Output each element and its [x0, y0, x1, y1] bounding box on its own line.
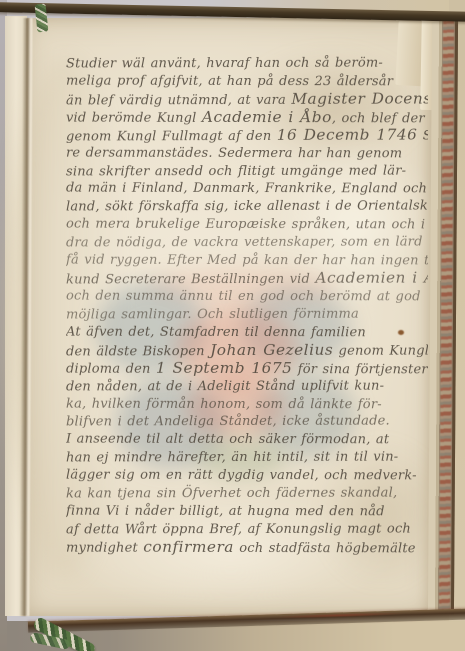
book-photo: Studier wäl använt, hvaraf han och så be…	[0, 0, 465, 651]
manuscript-line: än blef värdig utnämnd, at vara Magister…	[66, 90, 428, 109]
manuscript-line: finna Vi i nåder billigt, at hugna med d…	[66, 503, 428, 522]
manuscript-line: sina skrifter ansedd och flitigt umgänge…	[66, 162, 428, 181]
manuscript-line: diploma den 1 Septemb 1675 för sina fört…	[66, 359, 428, 378]
manuscript-line: myndighet confirmera och stadfästa högbe…	[66, 539, 428, 557]
manuscript-line: land, sökt förskaffa sig, icke allenast …	[66, 198, 428, 217]
manuscript-line: få vid ryggen. Efter Med på kan der har …	[66, 252, 428, 271]
manuscript-line: genom Kungl Fullmagt af den 16 Decemb 17…	[66, 126, 428, 145]
manuscript-line: möjliga samlingar. Och slutligen förnimm…	[66, 305, 428, 324]
manuscript-text: Studier wäl använt, hvaraf han och så be…	[66, 55, 428, 557]
manuscript-line: lägger sig om en rätt dygdig vandel, och…	[66, 467, 428, 486]
manuscript-line: vid berömde Kungl Academie i Åbo, och bl…	[66, 108, 428, 127]
manuscript-line: da män i Finland, Danmark, Frankrike, En…	[66, 180, 428, 199]
manuscript-line: At äfven det, Stamfadren til denna famil…	[66, 323, 428, 342]
manuscript-line: och den summa ännu til en god och berömd…	[66, 288, 428, 307]
manuscript-line: kund Secreterare Beställningen vid Acade…	[66, 270, 428, 289]
manuscript-line: af detta Wårt öppna Bref, af Konungslig …	[66, 520, 428, 539]
manuscript-line: och mera brukelige Europæiske språken, u…	[66, 216, 428, 235]
manuscript-line: ka, hvilken förmån honom, som då länkte …	[66, 395, 428, 414]
manuscript-line: ka kan tjena sin Öfverhet och fädernes s…	[66, 485, 428, 504]
manuscript-line: I anseende til alt detta och säker förmo…	[66, 431, 428, 450]
manuscript-page: Studier wäl använt, hvaraf han och så be…	[26, 18, 433, 616]
manuscript-line: den äldste Biskopen Johan Gezelius genom…	[66, 341, 428, 360]
manuscript-line: Studier wäl använt, hvaraf han och så be…	[66, 55, 428, 73]
fore-edge-marbled	[428, 20, 458, 614]
manuscript-line: re dersammanstädes. Sedermera har han ge…	[66, 144, 428, 163]
manuscript-line: blifven i det Andeliga Ståndet, icke åst…	[66, 413, 428, 432]
manuscript-line: meliga prof afgifvit, at han på dess 23 …	[66, 73, 428, 92]
manuscript-line: han ej mindre härefter, än hit intil, si…	[66, 449, 428, 468]
manuscript-line: den nåden, at de i Adeligit Stånd uplifv…	[66, 377, 428, 396]
manuscript-line: dra de nödiga, de vackra vettenskaper, s…	[66, 234, 428, 253]
